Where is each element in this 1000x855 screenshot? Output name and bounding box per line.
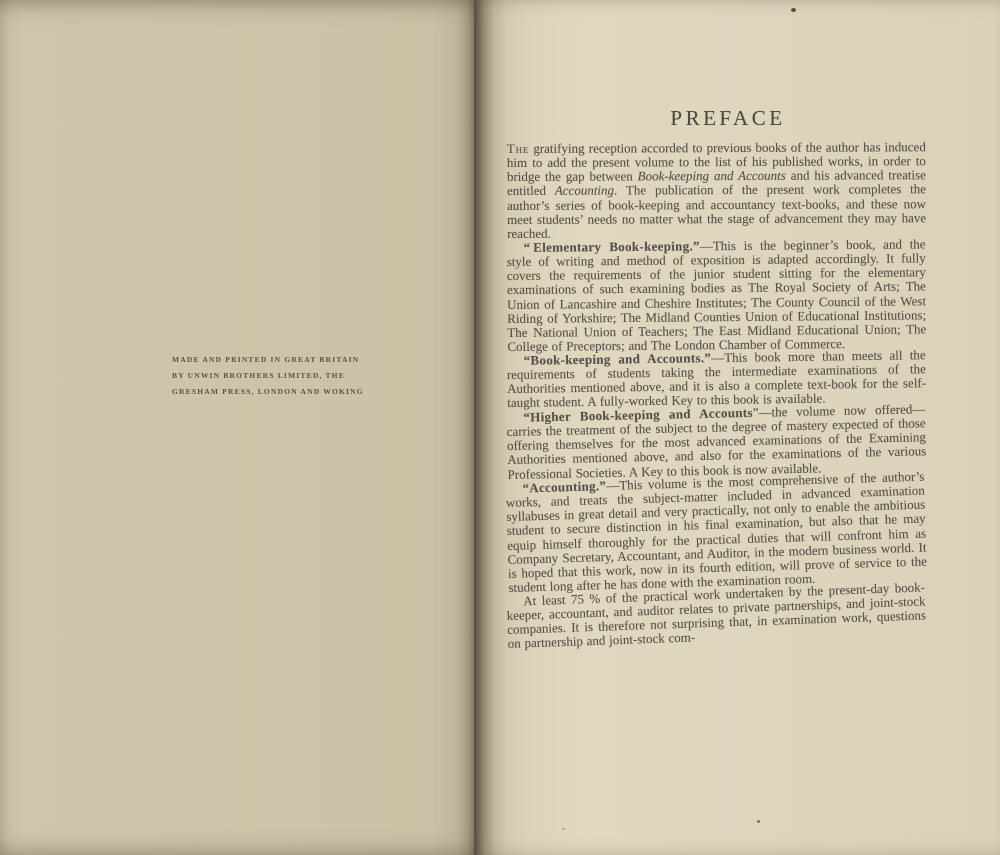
colophon-line: GRESHAM PRESS, LONDON AND WOKING <box>172 384 364 400</box>
preface-paragraph: “ Elementary Book-keeping.”—This is the … <box>507 237 927 354</box>
text-run: —This is the beginner’s book, and the st… <box>507 236 927 354</box>
foxing-speck <box>791 8 796 12</box>
preface-body: The gratifying reception accorded to pre… <box>507 142 926 652</box>
preface-heading: PREFACE <box>519 106 937 131</box>
foxing-speck <box>562 828 565 830</box>
text-run: Accounting <box>555 183 614 198</box>
left-page: MADE AND PRINTED IN GREAT BRITAIN BY UNW… <box>0 0 474 855</box>
colophon-line: MADE AND PRINTED IN GREAT BRITAIN <box>172 352 364 368</box>
text-run: The <box>507 141 529 156</box>
preface-paragraph: At least 75 % of the practical work unde… <box>506 580 927 651</box>
foxing-speck <box>757 820 760 823</box>
preface-paragraph: “Accounting.”—This volume is the most co… <box>505 469 927 595</box>
right-page: PREFACE The gratifying reception accorde… <box>474 0 1000 855</box>
printer-colophon: MADE AND PRINTED IN GREAT BRITAIN BY UNW… <box>172 352 364 400</box>
colophon-line: BY UNWIN BROTHERS LIMITED, THE <box>172 368 364 384</box>
preface-paragraph: The gratifying reception accorded to pre… <box>507 140 926 241</box>
book-scan: MADE AND PRINTED IN GREAT BRITAIN BY UNW… <box>0 0 1000 855</box>
